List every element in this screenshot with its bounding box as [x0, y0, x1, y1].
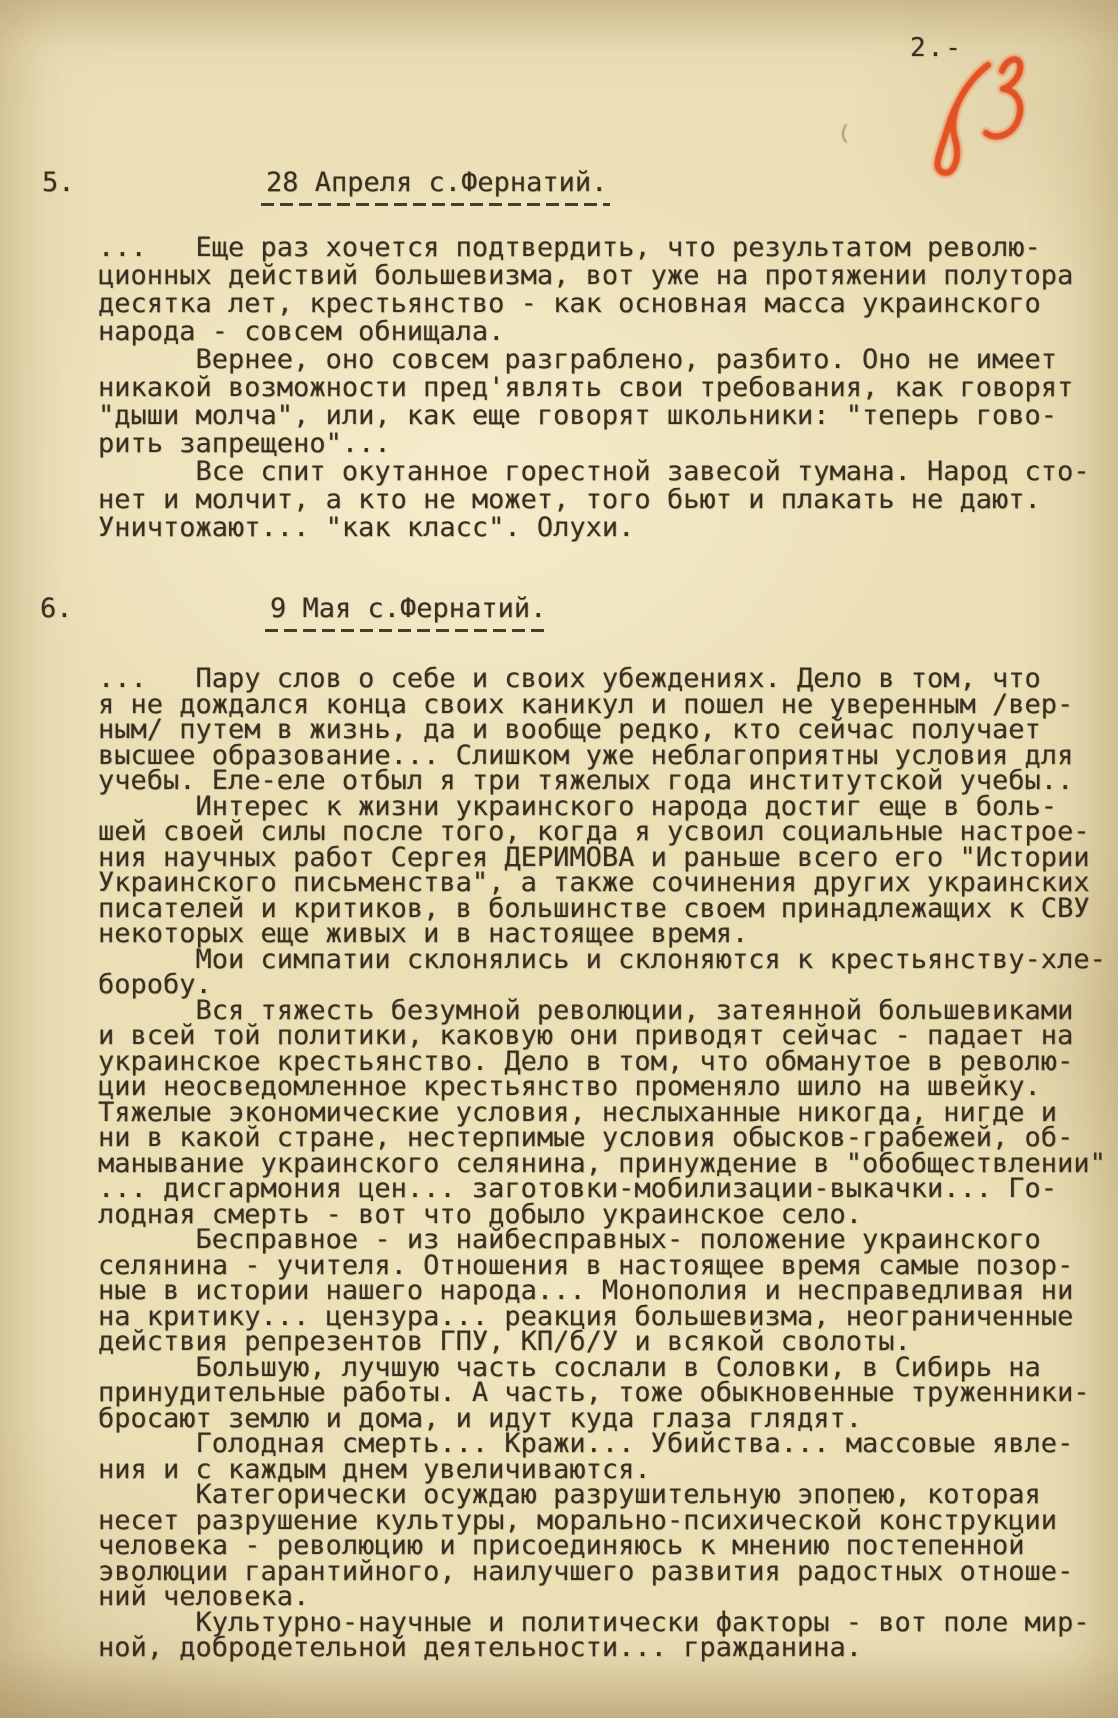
section-5-heading-text: 28 Апреля с.Фернатий.	[266, 167, 607, 206]
section-6-heading-text: 9 Мая с.Фернатий.	[270, 593, 546, 632]
document-page: 2.- 5. 28 Апреля с.Фернатий. ... Еще раз…	[0, 0, 1118, 1718]
section-6-number: 6.	[40, 593, 73, 624]
section-5-number: 5.	[42, 167, 75, 198]
section-6-body: ... Пару слов о себе и своих убеждениях.…	[98, 666, 1118, 1661]
pencil-tick-mark	[843, 125, 846, 142]
section-5-body: ... Еще раз хочется подтвердить, что рез…	[98, 234, 1118, 542]
section-6-heading: 9 Мая с.Фернатий.	[270, 593, 546, 632]
section-5-heading: 28 Апреля с.Фернатий.	[266, 167, 607, 206]
handwritten-page-number-83	[830, 46, 1045, 188]
crayon-eight-halo	[938, 65, 988, 173]
